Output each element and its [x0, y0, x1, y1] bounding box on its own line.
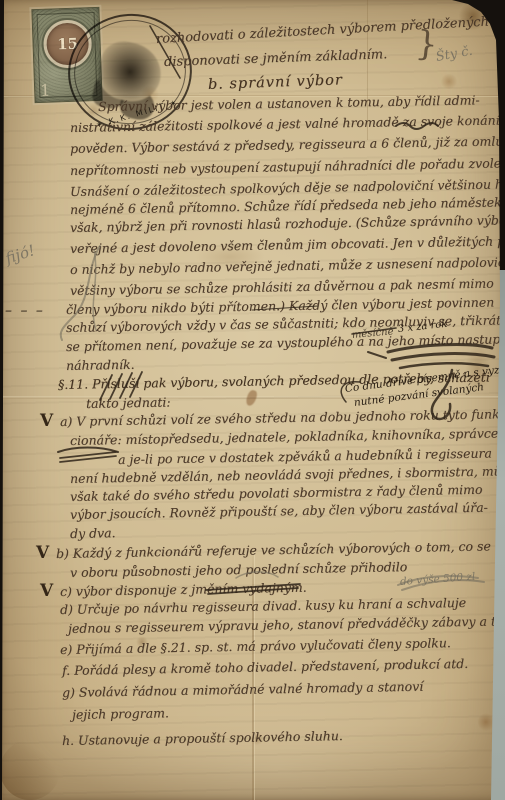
manuscript-line: dy dva.	[70, 527, 116, 540]
checkmark-item-c: V	[40, 583, 53, 600]
manuscript-line: náhradník.	[66, 359, 135, 373]
margin-dashes: – – –	[5, 303, 45, 319]
manuscript-line: g) Svolává řádnou a mimořádné valné hrom…	[62, 681, 423, 700]
checkmark-item-a: V	[40, 413, 53, 430]
manuscript-line: výbor jsoucích. Rovněž připouští se, aby…	[70, 502, 488, 522]
pencil-amount-note: do výše 500 zl	[400, 571, 476, 588]
paper-tear	[245, 389, 259, 407]
manuscript-line: většiny výboru se schůze prohlásiti za d…	[70, 278, 494, 298]
manuscript-line: nepřítomnosti neb vystoupení zastupují n…	[70, 157, 505, 177]
manuscript-line: disponovati se jměním základním.	[164, 48, 388, 69]
ink-scribble-strike	[368, 352, 386, 358]
stain	[0, 740, 60, 800]
manuscript-line: však, nýbrž jen při rovnosti hlasů rozho…	[70, 214, 505, 235]
manuscript-line: b. správní výbor	[208, 73, 343, 92]
checkmark-item-b: V	[36, 545, 49, 562]
stamp-corner-numeral: 1	[40, 83, 51, 99]
manuscript-line: v oboru působnosti jeho od poslední schů…	[70, 561, 407, 579]
ink-strikethrough	[60, 452, 116, 462]
manuscript-line: c) výbor disponuje z jměním vydajným.	[60, 582, 307, 599]
manuscript-line: f. Pořádá plesy a kromě toho divadel. př…	[62, 658, 468, 678]
manuscript-line: b) Každý z funkcionářů referuje ve schůz…	[56, 540, 491, 560]
manuscript-line: veřejné a jest dovoleno všem členům jim …	[70, 234, 505, 255]
manuscript-line: o nichž by nebylo radno veřejně jednati,…	[70, 256, 505, 276]
manuscript-line: h. Ustanovuje a propouští spolkového slu…	[62, 730, 343, 747]
manuscript-line: Správní výbor jest volen a ustanoven k t…	[98, 94, 480, 113]
manuscript-line: se přítomen není, považuje se za vystoup…	[66, 333, 505, 353]
manuscript-line: jejich program.	[72, 707, 169, 721]
stain	[440, 74, 458, 89]
manuscript-line: rozhodovati o záležitostech výborem před…	[156, 15, 494, 46]
manuscript-line: takto jednati:	[86, 397, 171, 411]
manuscript-line: a) V první schůzi volí ze svého středu n…	[60, 408, 504, 428]
pencil-note-top-right: Šty č.	[435, 44, 474, 65]
document-page: 15 1 ✶ K.K. MILIT ✶ rozhodovati o záleži…	[0, 0, 505, 800]
manuscript-line: e) Přijímá a dle §.21. sp. st. má právo …	[60, 637, 451, 656]
manuscript-line: cionáře: místopředsedu, jednatele, pokla…	[70, 427, 505, 448]
manuscript-line: pověden. Výbor sestává z předsedy, regis…	[70, 135, 505, 156]
manuscript-line: d) Určuje po návrhu regisseura divad. ku…	[60, 597, 466, 617]
ink-strikethrough	[58, 448, 118, 453]
ink-scribble-strike	[392, 354, 494, 360]
pencil-note-left-margin: fijó!	[3, 241, 37, 267]
manuscript-line: jednou s regisseurem výpravu jeho, stano…	[68, 615, 505, 635]
stain	[478, 712, 494, 732]
